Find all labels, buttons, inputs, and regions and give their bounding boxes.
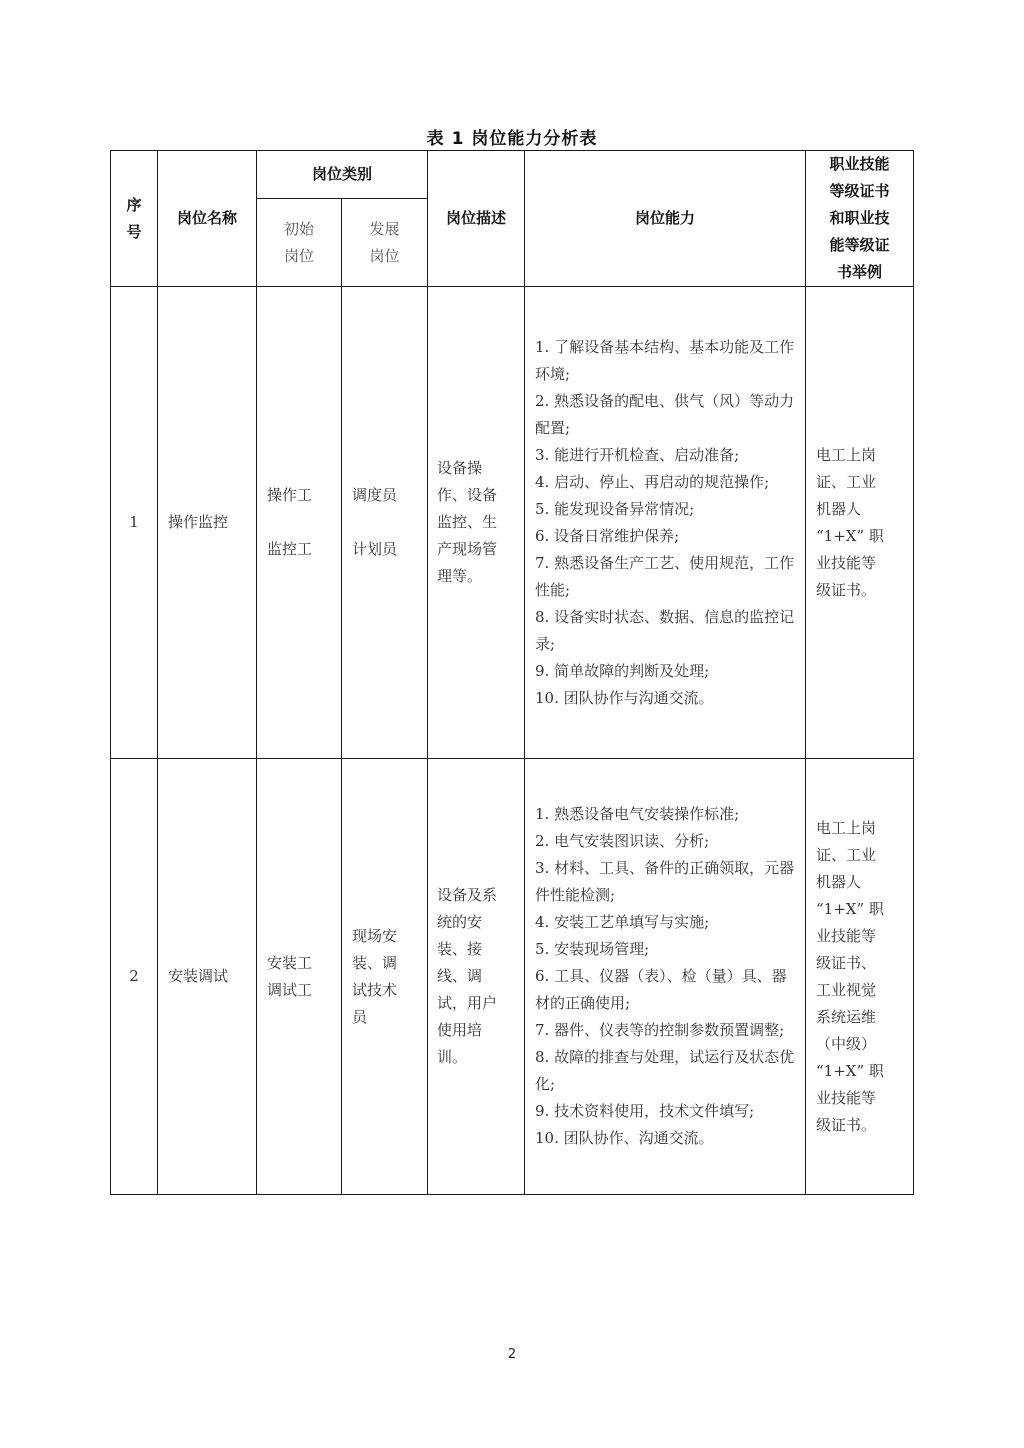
development-position-line: 员 (352, 1004, 417, 1031)
ability-item: 6. 设备日常维护保养; (535, 523, 797, 550)
description-line: 装、接 (437, 936, 515, 963)
development-position-item: 调度员 (352, 482, 417, 509)
ability-item: 4. 启动、停止、再启动的规范操作; (535, 469, 797, 496)
position-ability-table: 序 号 岗位名称 岗位类别 岗位描述 岗位能力 职业技能 等级证书 和职业技 能… (110, 150, 914, 1195)
row-position-name: 安装调试 (158, 759, 257, 1195)
description-line: 产现场管 (437, 536, 515, 563)
certificate-line: “1+X” 职 (816, 1058, 905, 1085)
header-development-line: 发展 (342, 216, 427, 243)
certificate-line: 电工上岗 (816, 815, 905, 842)
ability-item: 7. 熟悉设备生产工艺、使用规范，工作性能; (535, 550, 797, 604)
certificate-line: 级证书。 (816, 1112, 905, 1139)
header-certificates: 职业技能 等级证书 和职业技 能等级证 书举例 (806, 151, 914, 287)
initial-position-item: 安装工 (267, 950, 331, 977)
ability-item: 2. 电气安装图识读、分析; (535, 828, 797, 855)
initial-position-item: 操作工 (267, 482, 331, 509)
header-cert-line: 职业技能 (806, 151, 913, 178)
header-initial-position: 初始 岗位 (257, 199, 342, 287)
description-line: 使用培 (437, 1017, 515, 1044)
header-initial-line: 初始 (257, 216, 341, 243)
row-index: 1 (111, 287, 158, 759)
row-development-position: 现场安 装、调 试技术 员 (342, 759, 428, 1195)
ability-item: 5. 安装现场管理; (535, 936, 797, 963)
header-index-char-1: 序 (111, 192, 157, 219)
ability-item: 4. 安装工艺单填写与实施; (535, 909, 797, 936)
header-category: 岗位类别 (257, 151, 428, 199)
description-line: 监控、生 (437, 509, 515, 536)
certificate-line: （中级） (816, 1031, 905, 1058)
certificate-line: 级证书、 (816, 950, 905, 977)
description-line: 理等。 (437, 563, 515, 590)
certificate-line: 业技能等 (816, 550, 905, 577)
description-line: 设备及系 (437, 882, 515, 909)
certificate-line: 证、工业 (816, 469, 905, 496)
certificate-line: 证、工业 (816, 842, 905, 869)
ability-item: 7. 器件、仪表等的控制参数预置调整; (535, 1017, 797, 1044)
row-initial-position: 操作工 监控工 (257, 287, 342, 759)
header-description: 岗位描述 (428, 151, 525, 287)
ability-item: 10. 团队协作与沟通交流。 (535, 685, 797, 712)
header-development-line: 岗位 (342, 243, 427, 270)
ability-item: 3. 材料、工具、备件的正确领取，元器件性能检测; (535, 855, 797, 909)
ability-item: 5. 能发现设备异常情况; (535, 496, 797, 523)
initial-position-item: 调试工 (267, 977, 331, 1004)
ability-item: 9. 技术资料使用，技术文件填写; (535, 1098, 797, 1125)
header-index-char-2: 号 (111, 219, 157, 246)
page-number: 2 (0, 1347, 1024, 1362)
row-description: 设备及系 统的安 装、接 线、调 试，用户 使用培 训。 (428, 759, 525, 1195)
row-abilities: 1. 了解设备基本结构、基本功能及工作环境; 2. 熟悉设备的配电、供气（风）等… (525, 287, 806, 759)
row-index: 2 (111, 759, 158, 1195)
ability-item: 8. 设备实时状态、数据、信息的监控记录; (535, 604, 797, 658)
row-description: 设备操 作、设备 监控、生 产现场管 理等。 (428, 287, 525, 759)
table-row: 1 操作监控 操作工 监控工 调度员 计划员 设备操 作、设备 监控、生 产现场… (111, 287, 914, 759)
header-cert-line: 能等级证 (806, 232, 913, 259)
row-initial-position: 安装工 调试工 (257, 759, 342, 1195)
ability-item: 3. 能进行开机检查、启动准备; (535, 442, 797, 469)
certificate-line: 业技能等 (816, 923, 905, 950)
ability-item: 2. 熟悉设备的配电、供气（风）等动力配置; (535, 388, 797, 442)
row-abilities: 1. 熟悉设备电气安装操作标准; 2. 电气安装图识读、分析; 3. 材料、工具… (525, 759, 806, 1195)
certificate-line: “1+X” 职 (816, 896, 905, 923)
header-ability: 岗位能力 (525, 151, 806, 287)
ability-item: 8. 故障的排查与处理，试运行及状态优化; (535, 1044, 797, 1098)
certificate-line: “1+X” 职 (816, 523, 905, 550)
header-development-position: 发展 岗位 (342, 199, 428, 287)
ability-item: 1. 熟悉设备电气安装操作标准; (535, 801, 797, 828)
certificate-line: 业技能等 (816, 1085, 905, 1112)
certificate-line: 机器人 (816, 869, 905, 896)
header-cert-line: 和职业技 (806, 205, 913, 232)
development-position-line: 试技术 (352, 977, 417, 1004)
certificate-line: 机器人 (816, 496, 905, 523)
header-cert-line: 等级证书 (806, 178, 913, 205)
description-line: 试，用户 (437, 990, 515, 1017)
row-position-name: 操作监控 (158, 287, 257, 759)
description-line: 作、设备 (437, 482, 515, 509)
development-position-item: 计划员 (352, 536, 417, 563)
header-cert-line: 书举例 (806, 259, 913, 286)
certificate-line: 电工上岗 (816, 442, 905, 469)
description-line: 设备操 (437, 455, 515, 482)
ability-item: 9. 简单故障的判断及处理; (535, 658, 797, 685)
header-index: 序 号 (111, 151, 158, 287)
ability-item: 6. 工具、仪器（表）、检（量）具、器材的正确使用; (535, 963, 797, 1017)
description-line: 训。 (437, 1044, 515, 1071)
certificate-line: 级证书。 (816, 577, 905, 604)
row-certificates: 电工上岗 证、工业 机器人 “1+X” 职 业技能等 级证书。 (806, 287, 914, 759)
description-line: 线、调 (437, 963, 515, 990)
initial-position-item: 监控工 (267, 536, 331, 563)
ability-item: 10. 团队协作、沟通交流。 (535, 1125, 797, 1152)
row-development-position: 调度员 计划员 (342, 287, 428, 759)
certificate-line: 系统运维 (816, 1004, 905, 1031)
table-caption: 表 1 岗位能力分析表 (0, 124, 1024, 149)
header-initial-line: 岗位 (257, 243, 341, 270)
ability-item: 1. 了解设备基本结构、基本功能及工作环境; (535, 334, 797, 388)
table-row: 2 安装调试 安装工 调试工 现场安 装、调 试技术 员 设备及系 统的安 装、… (111, 759, 914, 1195)
description-line: 统的安 (437, 909, 515, 936)
certificate-line: 工业视觉 (816, 977, 905, 1004)
development-position-line: 现场安 (352, 923, 417, 950)
development-position-line: 装、调 (352, 950, 417, 977)
header-position-name: 岗位名称 (158, 151, 257, 287)
row-certificates: 电工上岗 证、工业 机器人 “1+X” 职 业技能等 级证书、 工业视觉 系统运… (806, 759, 914, 1195)
